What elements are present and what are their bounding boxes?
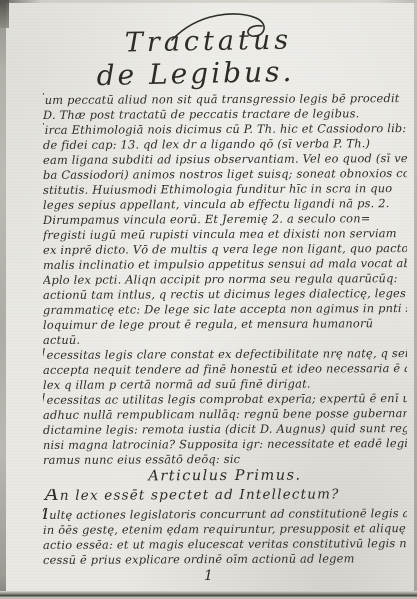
manuscript-line: Articulus Primus.	[43, 466, 407, 489]
manuscript-page: Tractatus de Legibus. Cum peccatū aliud …	[0, 0, 417, 599]
page-edge-bottom	[0, 591, 417, 599]
manuscript-subtitle: de Legibus.	[0, 55, 417, 94]
manuscript-title: Tractatus	[0, 24, 417, 60]
page-edge-top	[0, 0, 417, 3]
page-number: 1	[0, 568, 417, 584]
scan-corner-shadow	[0, 0, 9, 28]
manuscript-line: An lex essēt spectet ad Intellectum?	[43, 487, 407, 508]
manuscript-line: cessū ē prius explicare ordinē oīm actio…	[43, 551, 407, 568]
title-block: Tractatus de Legibus.	[0, 28, 417, 89]
manuscript-body: Cum peccatū aliud non sit quā transgress…	[43, 92, 407, 567]
